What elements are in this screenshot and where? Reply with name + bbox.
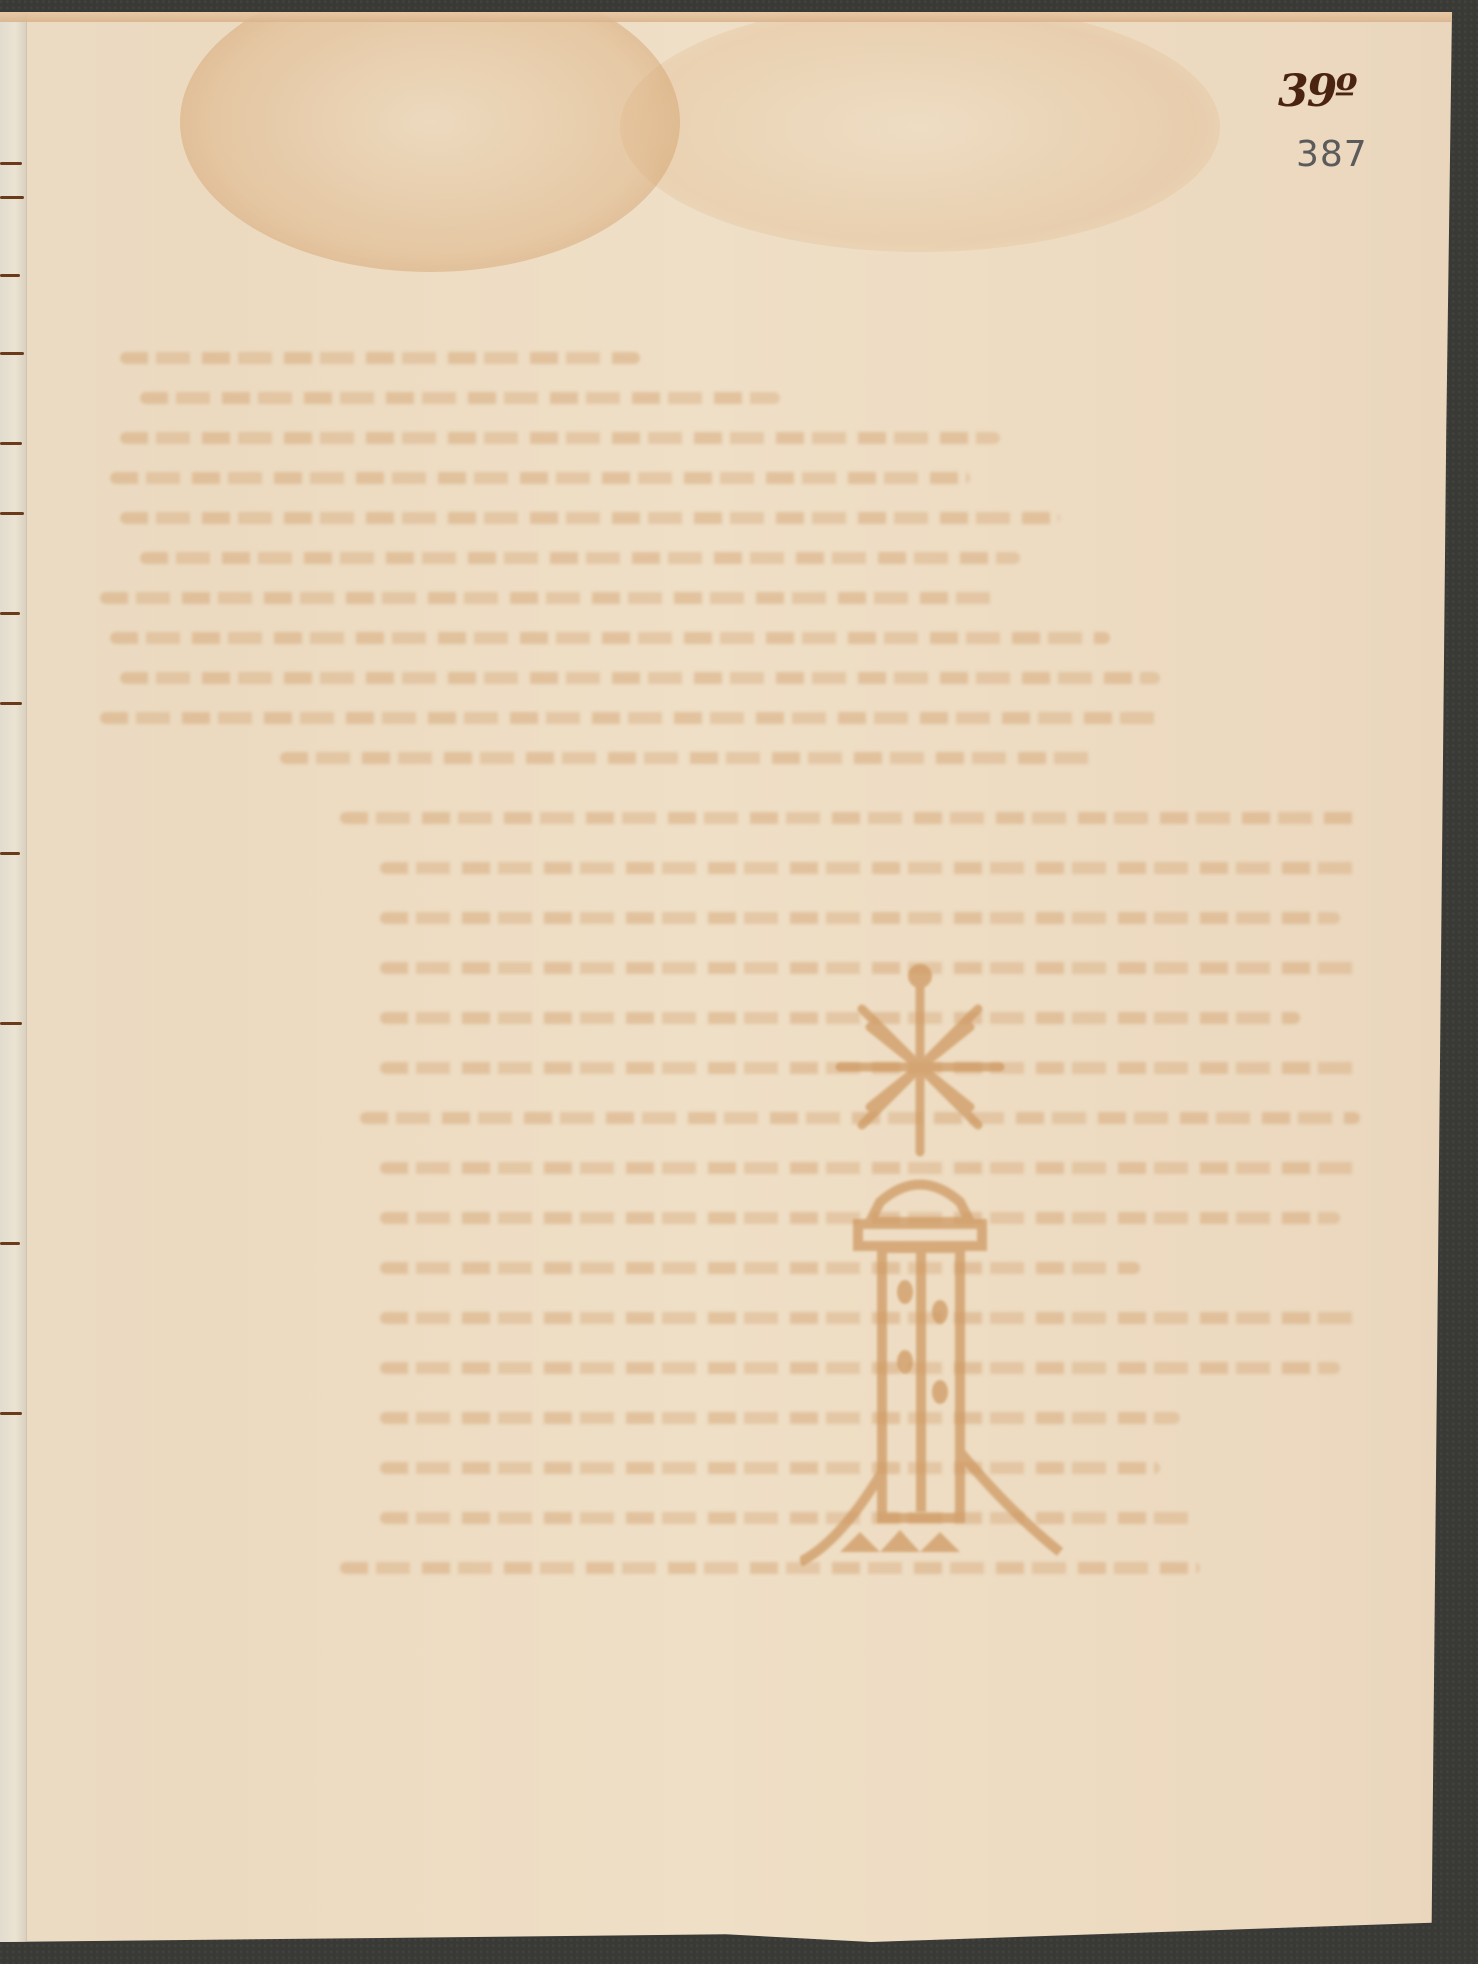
- binding-ink-mark: [0, 1022, 22, 1025]
- binding-ink-mark: [0, 196, 24, 199]
- folio-number-pencil: 387: [1296, 134, 1368, 175]
- binding-ink-mark: [0, 702, 22, 705]
- manuscript-page: 39º 387: [0, 12, 1452, 1942]
- binding-ink-mark: [0, 162, 22, 165]
- binding-ink-mark: [0, 852, 20, 855]
- bleed-through-text: [80, 312, 1400, 1872]
- water-stain: [180, 12, 680, 272]
- water-stain: [620, 12, 1220, 252]
- binding-ink-mark: [0, 1412, 22, 1415]
- binding-ink-mark: [0, 612, 20, 615]
- binding-ink-mark: [0, 274, 20, 277]
- page-top-edge: [0, 12, 1452, 22]
- binding-ink-mark: [0, 442, 22, 445]
- folio-number-ink: 39º: [1278, 66, 1355, 117]
- watermark-star-tower-emblem: [800, 952, 1120, 1572]
- binding-ink-mark: [0, 512, 24, 515]
- binding-stub: [0, 12, 27, 1942]
- binding-ink-mark: [0, 1242, 20, 1245]
- binding-ink-mark: [0, 352, 24, 355]
